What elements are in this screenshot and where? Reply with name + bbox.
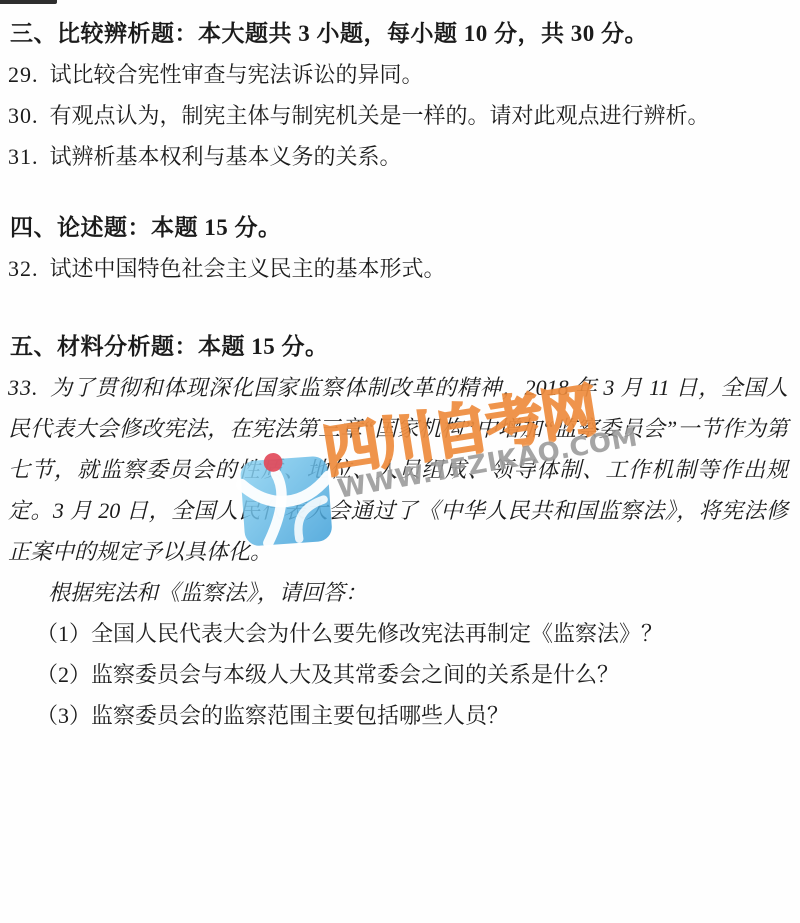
section-material-analysis: 五、材料分析题：本题 15 分。 33.为了贯彻和体现深化国家监察体制改革的精神… (0, 326, 800, 736)
section-heading: 五、材料分析题：本题 15 分。 (0, 326, 800, 367)
question-number: 32. (8, 248, 39, 289)
question-number: 31. (8, 136, 39, 177)
question-text: 试述中国特色社会主义民主的基本形式。 (50, 256, 446, 281)
question-text: 试辨析基本权利与基本义务的关系。 (50, 144, 402, 169)
question-number: 29. (8, 54, 39, 95)
question-number: 30. (8, 95, 39, 136)
exam-page: 三、比较辨析题：本大题共 3 小题，每小题 10 分，共 30 分。 29.试比… (0, 0, 800, 923)
sub-question-row: （2）监察委员会与本级人大及其常委会之间的关系是什么？ (0, 654, 800, 695)
material-paragraph: 33.为了贯彻和体现深化国家监察体制改革的精神，2018 年 3 月 11 日，… (0, 367, 800, 572)
sub-question-row: （3）监察委员会的监察范围主要包括哪些人员？ (0, 695, 800, 736)
material-text: 为了贯彻和体现深化国家监察体制改革的精神，2018 年 3 月 11 日，全国人… (8, 375, 788, 564)
section-comparison: 三、比较辨析题：本大题共 3 小题，每小题 10 分，共 30 分。 29.试比… (0, 13, 800, 177)
section-heading: 四、论述题：本题 15 分。 (0, 207, 800, 248)
question-row: 30.有观点认为，制宪主体与制宪机关是一样的。请对此观点进行辨析。 (0, 95, 800, 136)
material-prompt: 根据宪法和《监察法》，请回答： (0, 572, 800, 613)
question-row: 29.试比较合宪性审查与宪法诉讼的异同。 (0, 54, 800, 95)
question-text: 试比较合宪性审查与宪法诉讼的异同。 (50, 62, 424, 87)
sub-question-row: （1）全国人民代表大会为什么要先修改宪法再制定《监察法》？ (0, 613, 800, 654)
question-row: 31.试辨析基本权利与基本义务的关系。 (0, 136, 800, 177)
question-row: 32.试述中国特色社会主义民主的基本形式。 (0, 248, 800, 289)
section-essay: 四、论述题：本题 15 分。 32.试述中国特色社会主义民主的基本形式。 (0, 207, 800, 289)
question-text: 有观点认为，制宪主体与制宪机关是一样的。请对此观点进行辨析。 (50, 103, 710, 128)
scan-edge-artifact (0, 0, 57, 4)
question-number: 33. (8, 367, 39, 408)
section-heading: 三、比较辨析题：本大题共 3 小题，每小题 10 分，共 30 分。 (0, 13, 800, 54)
